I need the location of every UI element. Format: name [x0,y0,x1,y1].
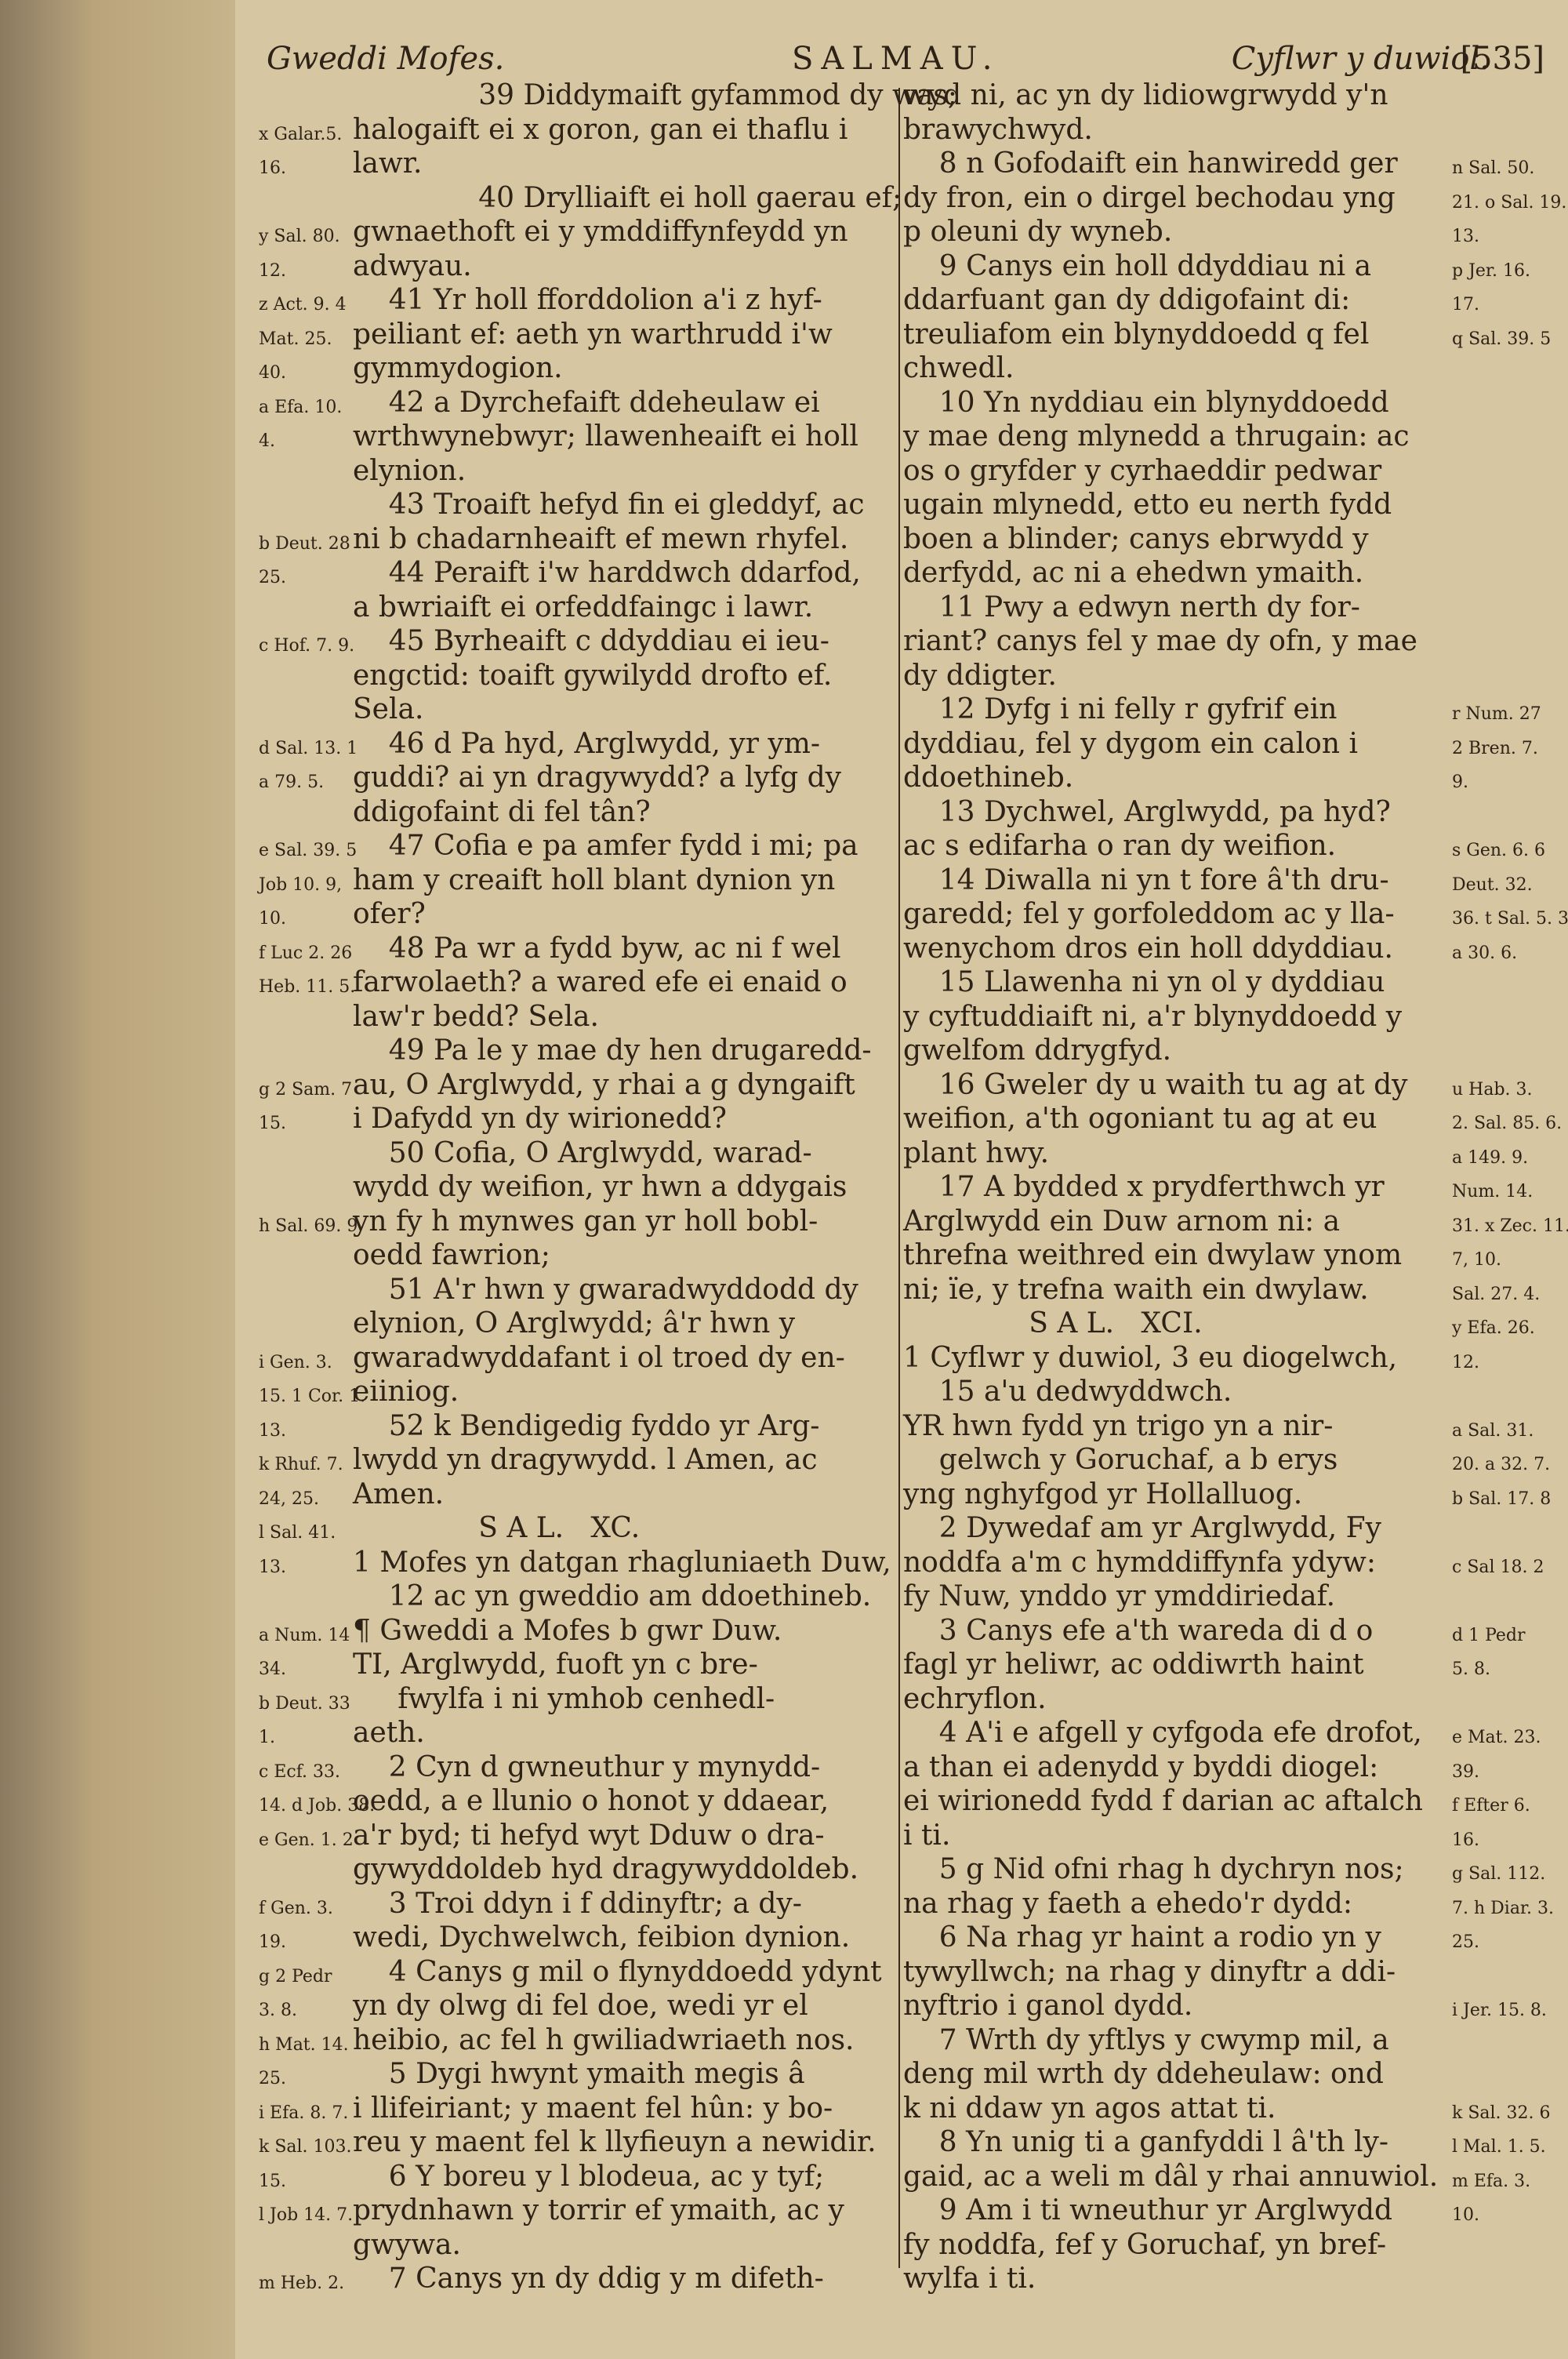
text-line: deng mil wrth dy ddeheulaw: ond [903,2057,1554,2092]
verse-text: 2 Cyn d gwneuthur y mynydd- [353,1750,894,1785]
verse-text: wrthwynebwyr; llawenheaift ei holl [353,420,894,454]
text-line: u Hab. 3. 16 Gweler dy u waith tu ag at … [903,1068,1554,1103]
verse-text: eiiniog. [353,1375,894,1409]
text-line: i Gen. 3.gwaradwyddafant i ol troed dy e… [259,1341,902,1376]
verse-text: 14 Diwalla ni yn t fore â'th dru- [903,863,1444,898]
text-line: h Mat. 14.heibio, ac fel h gwiliadwriaet… [259,2023,902,2058]
text-line: 15. 6 Y boreu y l blodeua, ac y tyf; [259,2160,902,2194]
text-line: 50 Cofia, O Arglwydd, warad- [259,1136,902,1171]
text-line: 12.adwyau. [259,249,902,284]
text-line: chwedl. [903,351,1554,386]
verse-text: elynion, O Arglwydd; â'r hwn y [353,1307,894,1341]
text-line: 13.p oleuni dy wyneb. [903,215,1554,249]
text-line: Mat. 25.peiliant ef: aeth yn warthrudd i… [259,318,902,352]
header-right: Cyflwr y duwiol. [1232,41,1490,77]
text-line: 15.i Dafydd yn dy wirionedd? [259,1102,902,1136]
text-line: 15 Llawenha ni yn ol y dyddiau [903,965,1554,1000]
text-line: y Sal. 80.gwnaethoft ei y ymddiffynfeydd… [259,215,902,249]
text-line: y Efa. 26. S A L. XCI. [903,1307,1554,1341]
text-line: y cyftuddiaift ni, a'r blynyddoedd y [903,1000,1554,1034]
text-line: 40 Drylliaift ei holl gaerau ef; [259,181,902,216]
text-line: e Mat. 23. 4 A'i e afgell y cyfgoda efe … [903,1716,1554,1750]
text-line: m Efa. 3.gaid, ac a weli m dâl y rhai an… [903,2160,1554,2194]
text-line: 1.aeth. [259,1716,902,1750]
text-line: Num. 14. 17 A bydded x prydferthwch yr [903,1170,1554,1205]
verse-text: ddarfuant gan dy ddigofaint di: [903,283,1444,318]
verse-text: 11 Pwy a edwyn nerth dy for- [903,591,1444,625]
verse-text: 4 Canys g mil o flynyddoedd ydynt [353,1955,894,1990]
text-line: z Act. 9. 4 41 Yr holl fforddolion a'i z… [259,283,902,318]
verse-text: weifion, a'th ogoniant tu ag at eu [903,1102,1444,1136]
verse-text: elynion. [353,454,894,489]
verse-text: 6 Na rhag yr haint a rodio yn y [903,1921,1444,1955]
verse-text: a'r byd; ti hefyd wyt Dduw o dra- [353,1819,894,1853]
text-line: f Efter 6.ei wirionedd fydd f darian ac … [903,1784,1554,1819]
verse-text: nyftrio i ganol dydd. [903,1989,1444,2023]
verse-text: 40 Drylliaift ei holl gaerau ef; [353,181,894,216]
verse-text: gaid, ac a weli m dâl y rhai annuwiol. [903,2160,1444,2194]
text-line: 51 A'r hwn y gwaradwyddodd dy [259,1273,902,1307]
verse-text: fy noddfa, fef y Goruchaf, yn bref- [903,2228,1444,2263]
verse-text: 7 Wrth dy yftlys y cwymp mil, a [903,2023,1444,2058]
verse-text: 7 Canys yn dy ddig y m difeth- [353,2262,894,2296]
text-line: derfydd, ac ni a ehedwn ymaith. [903,556,1554,591]
verse-text: oedd, a e llunio o honot y ddaear, [353,1784,894,1819]
text-line: boen a blinder; canys ebrwydd y [903,522,1554,557]
verse-text: lawr. [353,147,894,181]
verse-text: threfna weithred ein dwylaw ynom [903,1238,1444,1273]
verse-text: halogaift ei x goron, gan ei thaflu i [353,113,894,147]
text-line: 4.wrthwynebwyr; llawenheaift ei holl [259,420,902,454]
verse-text: wydd dy weifion, yr hwn a ddygais [353,1170,894,1205]
verse-text: reu y maent fel k llyfieuyn a newidir. [353,2125,894,2160]
facing-page-text [8,0,235,31]
text-line: 16.i ti. [903,1819,1554,1853]
verse-text: wylfa i ti. [903,2262,1444,2296]
text-line: 9.ddoethineb. [903,761,1554,795]
text-line: 25. 6 Na rhag yr haint a rodio yn y [903,1921,1554,1955]
text-line: c Sal 18. 2noddfa a'm c hymddiffynfa ydy… [903,1546,1554,1580]
verse-text: 5 g Nid ofni rhag h dychryn nos; [903,1852,1444,1887]
verse-text: a bwriaift ei orfeddfaingc i lawr. [353,591,894,625]
text-line: 13. 52 k Bendigedig fyddo yr Arg- [259,1409,902,1444]
verse-text: riant? canys fel y mae dy ofn, y mae [903,624,1444,659]
text-line: n Sal. 50. 8 n Gofodaift ein hanwiredd g… [903,147,1554,181]
text-line: 21. o Sal. 19.dy fron, ein o dirgel bech… [903,181,1554,216]
verse-text: deng mil wrth dy ddeheulaw: ond [903,2057,1444,2092]
verse-text: 47 Cofia e pa amfer fydd i mi; pa [353,829,894,863]
verse-text: gwelfom ddrygfyd. [903,1034,1444,1068]
text-line: k Sal. 103.reu y maent fel k llyfieuyn a… [259,2125,902,2160]
verse-text: 42 a Dyrchefaift ddeheulaw ei [353,386,894,420]
verse-text: boen a blinder; canys ebrwydd y [903,522,1444,557]
verse-text: brawychwyd. [903,113,1444,147]
verse-text: gwnaethoft ei y ymddiffynfeydd yn [353,215,894,249]
verse-text: ei wirionedd fydd f darian ac aftalch [903,1784,1444,1819]
text-line: wydd dy weifion, yr hwn a ddygais [259,1170,902,1205]
header-left: Gweddi Mofes. [267,41,504,77]
text-line: 49 Pa le y mae dy hen drugaredd- [259,1034,902,1068]
verse-text: 5 Dygi hwynt ymaith megis â [353,2057,894,2092]
verse-text: engctid: toaift gywilydd drofto ef. [353,659,894,693]
text-line: b Sal. 17. 8yng nghyfgod yr Hollalluog. [903,1478,1554,1512]
text-line: gwelfom ddrygfyd. [903,1034,1554,1068]
text-line: a Num. 14¶ Gweddi a Mofes b gwr Duw. [259,1614,902,1648]
verse-text: Sela. [353,692,894,727]
text-line: ugain mlynedd, etto eu nerth fydd [903,488,1554,522]
text-line: 25. 5 Dygi hwynt ymaith megis â [259,2057,902,2092]
running-header: Gweddi Mofes. SALMAU. Cyflwr y duwiol. [… [267,41,1544,80]
text-line: Heb. 11. 5.farwolaeth? a wared efe ei en… [259,965,902,1000]
verse-text: Arglwydd ein Duw arnom ni: a [903,1205,1444,1239]
text-line: x Galar.5.halogaift ei x goron, gan ei t… [259,113,902,147]
verse-text: 51 A'r hwn y gwaradwyddodd dy [353,1273,894,1307]
text-line: elynion. [259,454,902,489]
text-line: 2. Sal. 85. 6.weifion, a'th ogoniant tu … [903,1102,1554,1136]
verse-text: guddi? ai yn dragywydd? a lyfg dy [353,761,894,795]
verse-text: gelwch y Goruchaf, a b erys [903,1443,1444,1478]
text-line: 34.TI, Arglwydd, fuoft yn c bre- [259,1648,902,1682]
text-line: 24, 25.Amen. [259,1478,902,1512]
text-line: 20. a 32. 7. gelwch y Goruchaf, a b erys [903,1443,1554,1478]
text-line: dy ddigter. [903,659,1554,693]
text-line: oedd fawrion; [259,1238,902,1273]
text-line: g Sal. 112. 5 g Nid ofni rhag h dychryn … [903,1852,1554,1887]
text-line: wyd ni, ac yn dy lidiowgrwydd y'n [903,78,1554,113]
text-line: riant? canys fel y mae dy ofn, y mae [903,624,1554,659]
verse-text: yn fy h mynwes gan yr holl bobl- [353,1205,894,1239]
verse-text: echryflon. [903,1682,1444,1717]
text-line: a bwriaift ei orfeddfaingc i lawr. [259,591,902,625]
page: Gweddi Mofes. SALMAU. Cyflwr y duwiol. [… [235,0,1568,2359]
verse-text: y mae deng mlynedd a thrugain: ac [903,420,1444,454]
text-line: i Efa. 8. 7.i llifeiriant; y maent fel h… [259,2092,902,2126]
verse-text: p oleuni dy wyneb. [903,215,1444,249]
text-line: 39 Diddymaift gyfammod dy was; [259,78,902,113]
text-line: Sela. [259,692,902,727]
header-title: SALMAU. [792,41,1000,77]
verse-text: TI, Arglwydd, fuoft yn c bre- [353,1648,894,1682]
text-line: brawychwyd. [903,113,1554,147]
text-line: Sal. 27. 4.ni; ïe, y trefna waith ein dw… [903,1273,1554,1307]
verse-text: k ni ddaw yn agos attat ti. [903,2092,1444,2126]
text-line: c Hof. 7. 9. 45 Byrheaift c ddyddiau ei … [259,624,902,659]
verse-text: 12 Dyfg i ni felly r gyfrif ein [903,692,1444,727]
verse-text: yn dy olwg di fel doe, wedi yr el [353,1989,894,2023]
verse-text: 8 n Gofodaift ein hanwiredd ger [903,147,1444,181]
margin-reference: m Heb. 2. [259,2266,345,2301]
verse-text: 4 A'i e afgell y cyfgoda efe drofot, [903,1716,1444,1750]
text-line: ddigofaint di fel tân? [259,795,902,830]
verse-text: 43 Troaift hefyd fin ei gleddyf, ac [353,488,894,522]
text-line: d 1 Pedr 3 Canys efe a'th wareda di d o [903,1614,1554,1648]
text-line: 15 a'u dedwyddwch. [903,1375,1554,1409]
verse-text: dyddiau, fel y dygom ein calon i [903,727,1444,761]
verse-text: 15 a'u dedwyddwch. [903,1375,1444,1409]
verse-text: 12 ac yn gweddio am ddoethineb. [353,1579,894,1614]
verse-text: 9 Canys ein holl ddyddiau ni a [903,249,1444,284]
text-line: Deut. 32. 14 Diwalla ni yn t fore â'th d… [903,863,1554,898]
text-line: 10.ofer? [259,897,902,932]
text-line: a Sal. 31.YR hwn fydd yn trigo yn a nir- [903,1409,1554,1444]
text-line: g 2 Sam. 7au, O Arglwydd, y rhai a g dyn… [259,1068,902,1103]
text-line: r Num. 27 12 Dyfg i ni felly r gyfrif ei… [903,692,1554,727]
verse-text: dy fron, ein o dirgel bechodau yng [903,181,1444,216]
text-line: c Ecf. 33. 2 Cyn d gwneuthur y mynydd- [259,1750,902,1785]
verse-text: 1 Mofes yn datgan rhagluniaeth Duw, [353,1546,894,1580]
text-line: f Gen. 3. 3 Troi ddyn i f ddinyftr; a dy… [259,1887,902,1921]
verse-text: farwolaeth? a wared efe ei enaid o [353,965,894,1000]
verse-text: tywyllwch; na rhag y dinyftr a ddi- [903,1955,1444,1990]
verse-text: wenychom dros ein holl ddyddiau. [903,932,1444,966]
text-line: a 79. 5.guddi? ai yn dragywydd? a lyfg d… [259,761,902,795]
text-line: 13.1 Mofes yn datgan rhagluniaeth Duw, [259,1546,902,1580]
text-line: i Jer. 15. 8.nyftrio i ganol dydd. [903,1989,1554,2023]
text-line: m Heb. 2. 7 Canys yn dy ddig y m difeth- [259,2262,902,2296]
verse-text: oedd fawrion; [353,1238,894,1273]
text-line: 36. t Sal. 5. 3.garedd; fel y gorfoleddo… [903,897,1554,932]
verse-text: gywyddoldeb hyd dragywyddoldeb. [353,1852,894,1887]
verse-text: 1 Cyflwr y duwiol, 3 eu diogelwch, [903,1341,1444,1376]
verse-text: na rhag y faeth a ehedo'r dydd: [903,1887,1444,1921]
text-line: h Sal. 69. 9yn fy h mynwes gan yr holl b… [259,1205,902,1239]
text-line: 12.1 Cyflwr y duwiol, 3 eu diogelwch, [903,1341,1554,1376]
text-line: p Jer. 16. 9 Canys ein holl ddyddiau ni … [903,249,1554,284]
verse-text: wyd ni, ac yn dy lidiowgrwydd y'n [903,78,1444,113]
verse-text: 3 Troi ddyn i f ddinyftr; a dy- [353,1887,894,1921]
text-line: 7 Wrth dy yftlys y cwymp mil, a [903,2023,1554,2058]
verse-text: ugain mlynedd, etto eu nerth fydd [903,488,1444,522]
text-line: a 149. 9.plant hwy. [903,1136,1554,1171]
text-line: fy Nuw, ynddo yr ymddiriedaf. [903,1579,1554,1614]
verse-text: 3 Canys efe a'th wareda di d o [903,1614,1444,1648]
verse-text: 9 Am i ti wneuthur yr Arglwydd [903,2194,1444,2228]
verse-text: garedd; fel y gorfoleddom ac y lla- [903,897,1444,932]
text-line: 12 ac yn gweddio am ddoethineb. [259,1579,902,1614]
verse-text: YR hwn fydd yn trigo yn a nir- [903,1409,1444,1444]
text-line: a Efa. 10. 42 a Dyrchefaift ddeheulaw ei [259,386,902,420]
text-line: law'r bedd? Sela. [259,1000,902,1034]
text-line: 19.wedi, Dychwelwch, feibion dynion. [259,1921,902,1955]
text-line: k Sal. 32. 6k ni ddaw yn agos attat ti. [903,2092,1554,2126]
text-line: 2 Bren. 7.dyddiau, fel y dygom ein calon… [903,727,1554,761]
verse-text: ni; ïe, y trefna waith ein dwylaw. [903,1273,1444,1307]
text-line: 43 Troaift hefyd fin ei gleddyf, ac [259,488,902,522]
text-line: b Deut. 33 fwylfa i ni ymhob cenhedl- [259,1682,902,1717]
verse-text: S A L. XC. [353,1511,894,1546]
verse-text: ac s edifarha o ran dy weifion. [903,829,1444,863]
verse-text: Amen. [353,1478,894,1512]
verse-text: 39 Diddymaift gyfammod dy was; [353,78,894,113]
text-line: k Rhuf. 7.lwydd yn dragywydd. l Amen, ac [259,1443,902,1478]
verse-text: noddfa a'm c hymddiffynfa ydyw: [903,1546,1444,1580]
verse-text: dy ddigter. [903,659,1444,693]
verse-text: au, O Arglwydd, y rhai a g dyngaift [353,1068,894,1103]
text-line: 25. 44 Peraift i'w harddwch ddarfod, [259,556,902,591]
verse-text: ofer? [353,897,894,932]
verse-text: a than ei adenydd y byddi diogel: [903,1750,1444,1785]
text-line: a 30. 6.wenychom dros ein holl ddyddiau. [903,932,1554,966]
verse-text: adwyau. [353,249,894,284]
verse-text: ni b chadarnheaift ef mewn rhyfel. [353,522,894,557]
verse-text: os o gryfder y cyrhaeddir pedwar [903,454,1444,489]
verse-text: yng nghyfgod yr Hollalluog. [903,1478,1444,1512]
verse-text: 6 Y boreu y l blodeua, ac y tyf; [353,2160,894,2194]
text-line: 40.gymmydogion. [259,351,902,386]
text-line: e Sal. 39. 5 47 Cofia e pa amfer fydd i … [259,829,902,863]
verse-text: wedi, Dychwelwch, feibion dynion. [353,1921,894,1955]
verse-text: i llifeiriant; y maent fel hûn: y bo- [353,2092,894,2126]
text-line: 31. x Zec. 11.Arglwydd ein Duw arnom ni:… [903,1205,1554,1239]
text-line: l Mal. 1. 5. 8 Yn unig ti a ganfyddi l â… [903,2125,1554,2160]
verse-text: ddigofaint di fel tân? [353,795,894,830]
right-column: wyd ni, ac yn dy lidiowgrwydd y'nbrawych… [903,78,1554,2296]
text-line: wylfa i ti. [903,2262,1554,2296]
verse-text: 2 Dywedaf am yr Arglwydd, Fy [903,1511,1444,1546]
text-line: elynion, O Arglwydd; â'r hwn y [259,1307,902,1341]
verse-text: aeth. [353,1716,894,1750]
verse-text: S A L. XCI. [903,1307,1444,1341]
text-line: 7. h Diar. 3.na rhag y faeth a ehedo'r d… [903,1887,1554,1921]
text-line: 11 Pwy a edwyn nerth dy for- [903,591,1554,625]
text-line: os o gryfder y cyrhaeddir pedwar [903,454,1554,489]
verse-text: i ti. [903,1819,1444,1853]
text-line: 10. 9 Am i ti wneuthur yr Arglwydd [903,2194,1554,2228]
text-line: l Job 14. 7.prydnhawn y torrir ef ymaith… [259,2194,902,2228]
text-line: s Gen. 6. 6ac s edifarha o ran dy weifio… [903,829,1554,863]
text-line: g 2 Pedr 4 Canys g mil o flynyddoedd ydy… [259,1955,902,1990]
verse-text: lwydd yn dragywydd. l Amen, ac [353,1443,894,1478]
text-line: engctid: toaift gywilydd drofto ef. [259,659,902,693]
verse-text: peiliant ef: aeth yn warthrudd i'w [353,318,894,352]
text-line: tywyllwch; na rhag y dinyftr a ddi- [903,1955,1554,1990]
verse-text: 13 Dychwel, Arglwydd, pa hyd? [903,795,1444,830]
verse-text: 16 Gweler dy u waith tu ag at dy [903,1068,1444,1103]
text-line: 14. d Job. 38.oedd, a e llunio o honot y… [259,1784,902,1819]
verse-text: prydnhawn y torrir ef ymaith, ac y [353,2194,894,2228]
verse-text: 45 Byrheaift c ddyddiau ei ieu- [353,624,894,659]
text-line: 17.ddarfuant gan dy ddigofaint di: [903,283,1554,318]
verse-text: fagl yr heliwr, ac oddiwrth haint [903,1648,1444,1682]
verse-text: gwywa. [353,2228,894,2263]
text-line: Job 10. 9,ham y creaift holl blant dynio… [259,863,902,898]
text-line: gywyddoldeb hyd dragywyddoldeb. [259,1852,902,1887]
verse-text: chwedl. [903,351,1444,386]
verse-text: 44 Peraift i'w harddwch ddarfod, [353,556,894,591]
page-number: [535] [1460,41,1544,77]
verse-text: 8 Yn unig ti a ganfyddi l â'th ly- [903,2125,1444,2160]
text-line: 3. 8.yn dy olwg di fel doe, wedi yr el [259,1989,902,2023]
verse-text: 46 d Pa hyd, Arglwydd, yr ym- [353,727,894,761]
text-line: 15. 1 Cor. 1.eiiniog. [259,1375,902,1409]
verse-text: 41 Yr holl fforddolion a'i z hyf- [353,283,894,318]
text-line: gwywa. [259,2228,902,2263]
text-line: 16.lawr. [259,147,902,181]
verse-text: ddoethineb. [903,761,1444,795]
text-line: 2 Dywedaf am yr Arglwydd, Fy [903,1511,1554,1546]
text-line: l Sal. 41. S A L. XC. [259,1511,902,1546]
text-line: q Sal. 39. 5treuliafom ein blynyddoedd q… [903,318,1554,352]
left-column: 39 Diddymaift gyfammod dy was;x Galar.5.… [259,78,902,2296]
text-line: 7, 10.threfna weithred ein dwylaw ynom [903,1238,1554,1273]
text-line: f Luc 2. 26 48 Pa wr a fydd byw, ac ni f… [259,932,902,966]
verse-text: fwylfa i ni ymhob cenhedl- [353,1682,894,1717]
verse-text: derfydd, ac ni a ehedwn ymaith. [903,556,1444,591]
verse-text: 52 k Bendigedig fyddo yr Arg- [353,1409,894,1444]
verse-text: plant hwy. [903,1136,1444,1171]
verse-text: heibio, ac fel h gwiliadwriaeth nos. [353,2023,894,2058]
text-line: d Sal. 13. 1 46 d Pa hyd, Arglwydd, yr y… [259,727,902,761]
verse-text: 50 Cofia, O Arglwydd, warad- [353,1136,894,1171]
text-line: 10 Yn nyddiau ein blynyddoedd [903,386,1554,420]
verse-text: 15 Llawenha ni yn ol y dyddiau [903,965,1444,1000]
verse-text: law'r bedd? Sela. [353,1000,894,1034]
verse-text: ham y creaift holl blant dynion yn [353,863,894,898]
text-line: fy noddfa, fef y Goruchaf, yn bref- [903,2228,1554,2263]
text-line: echryflon. [903,1682,1554,1717]
verse-text: 48 Pa wr a fydd byw, ac ni f wel [353,932,894,966]
text-line: y mae deng mlynedd a thrugain: ac [903,420,1554,454]
verse-text: fy Nuw, ynddo yr ymddiriedaf. [903,1579,1444,1614]
verse-text: gwaradwyddafant i ol troed dy en- [353,1341,894,1376]
verse-text: y cyftuddiaift ni, a'r blynyddoedd y [903,1000,1444,1034]
text-line: e Gen. 1. 2a'r byd; ti hefyd wyt Dduw o … [259,1819,902,1853]
verse-text: gymmydogion. [353,351,894,386]
verse-text: 49 Pa le y mae dy hen drugaredd- [353,1034,894,1068]
text-line: 39.a than ei adenydd y byddi diogel: [903,1750,1554,1785]
text-line: 13 Dychwel, Arglwydd, pa hyd? [903,795,1554,830]
text-line: b Deut. 28ni b chadarnheaift ef mewn rhy… [259,522,902,557]
text-line: 5. 8.fagl yr heliwr, ac oddiwrth haint [903,1648,1554,1682]
verse-text: treuliafom ein blynyddoedd q fel [903,318,1444,352]
verse-text: i Dafydd yn dy wirionedd? [353,1102,894,1136]
verse-text: 10 Yn nyddiau ein blynyddoedd [903,386,1444,420]
verse-text: ¶ Gweddi a Mofes b gwr Duw. [353,1614,894,1648]
facing-page-bleed [0,0,235,2359]
verse-text: 17 A bydded x prydferthwch yr [903,1170,1444,1205]
